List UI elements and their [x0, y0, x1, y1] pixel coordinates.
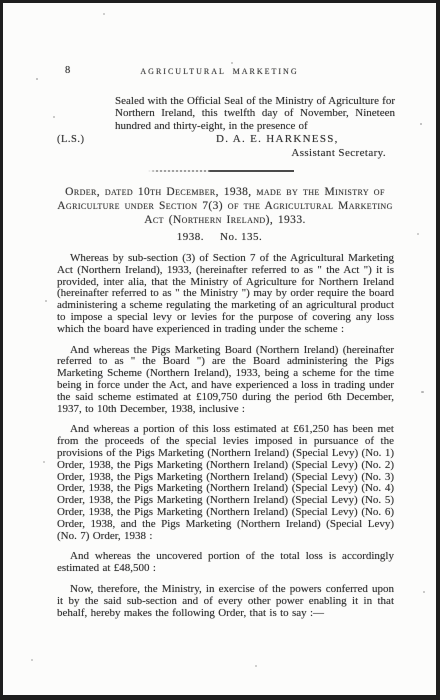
scan-speck	[231, 62, 233, 64]
order-reference-number: No. 135.	[220, 231, 262, 243]
seal-mark: (L.S.)	[57, 134, 85, 145]
recital-paragraph: Whereas by sub-section (3) of Section 7 …	[57, 253, 394, 336]
recital-paragraph: And whereas a portion of this loss estim…	[57, 424, 394, 542]
order-reference: 1938.No. 135.	[3, 231, 436, 243]
recital-paragraph: And whereas the uncovered portion of the…	[57, 551, 394, 575]
scan-speck	[423, 591, 425, 593]
enacting-paragraph: Now, therefore, the Ministry, in exercis…	[57, 584, 394, 619]
signatory-name: D. A. E. HARKNESS,	[216, 133, 339, 145]
scan-speck	[53, 116, 55, 118]
order-heading: Order, dated 10th December, 1938, made b…	[57, 185, 393, 227]
scan-speck	[255, 665, 257, 667]
order-reference-year: 1938.	[177, 231, 204, 243]
scan-speck	[417, 233, 419, 235]
scan-speck	[420, 123, 422, 125]
recital-paragraph: And whereas the Pigs Marketing Board (No…	[57, 345, 394, 416]
scan-speck	[45, 300, 47, 302]
scan-speck	[103, 13, 105, 15]
scan-speck	[31, 659, 33, 661]
scan-speck	[421, 391, 424, 393]
section-divider-rule	[148, 170, 294, 172]
order-body: Whereas by sub-section (3) of Section 7 …	[57, 253, 394, 628]
signatory-title: Assistant Secretary.	[291, 147, 386, 159]
running-header: AGRICULTURAL MARKETING	[3, 67, 436, 76]
seal-attestation-text: Sealed with the Official Seal of the Min…	[115, 95, 395, 132]
scan-speck	[43, 461, 45, 463]
scan-speck	[36, 78, 38, 80]
scanned-document-page: 8 AGRICULTURAL MARKETING Sealed with the…	[0, 0, 440, 700]
